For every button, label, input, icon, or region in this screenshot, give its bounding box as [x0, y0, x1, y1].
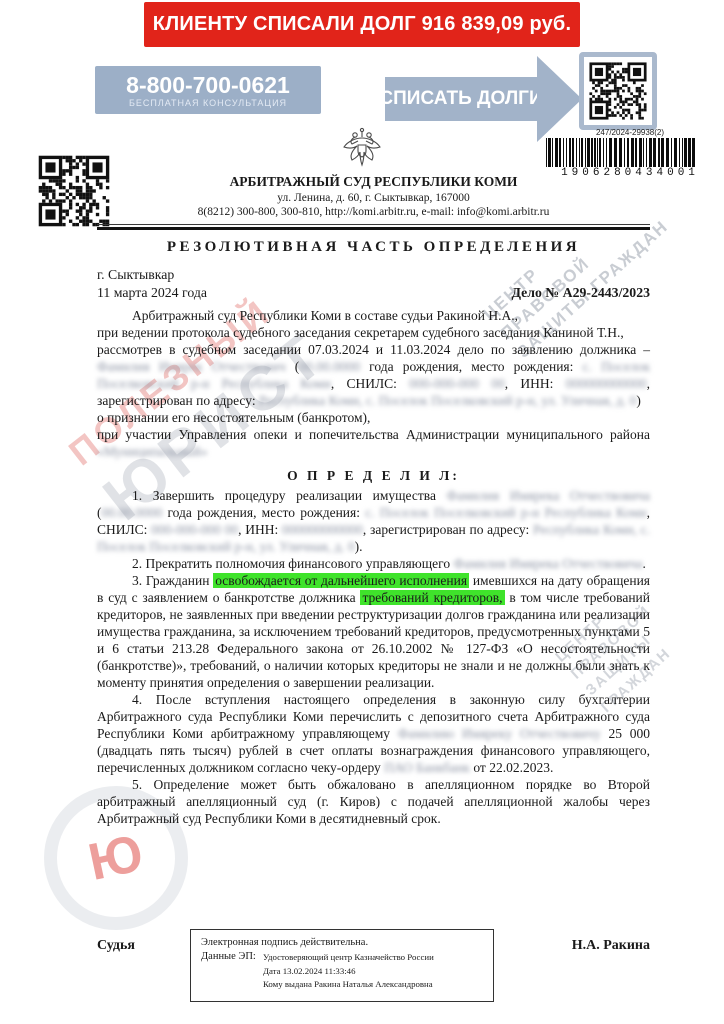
body-paragraph: при участии Управления опеки и попечител… [97, 426, 650, 460]
barcode-label: 247/2024-29938(2) [545, 128, 715, 137]
highlighted-text: освобождается от дальнейшего исполнения [213, 573, 469, 588]
body-paragraph: 4. После вступления настоящего определен… [97, 691, 650, 776]
text-segment: , зарегистрирован по адресу: [363, 522, 533, 537]
redacted-text: Фамилию Имяреку Отчествовичу [398, 726, 601, 741]
text-segment: при участии Управления опеки и попечител… [97, 427, 650, 442]
text-segment: , ИНН: [505, 376, 566, 391]
text-segment: , ИНН: [238, 522, 282, 537]
text-segment: года рождения, место рождения: [360, 359, 582, 374]
text-segment: 1. Завершить процедуру реализации имущес… [132, 488, 447, 503]
document-city: г. Сыктывкар [97, 267, 174, 283]
text-segment: при ведении протокола судебного заседани… [97, 325, 624, 340]
text-segment: 3. Гражданин [132, 573, 213, 588]
coat-of-arms-icon [338, 125, 386, 173]
text-segment: ( [97, 505, 102, 520]
letterhead-divider [97, 224, 650, 230]
qr-code-promo [579, 52, 657, 130]
redacted-text: 000-000-000 00 [151, 522, 238, 537]
redacted-text: 000-000-000 00 [409, 376, 505, 391]
text-segment: , СНИЛС: [331, 376, 409, 391]
cta-label: СПИСАТЬ ДОЛГИ [379, 88, 542, 110]
body-paragraph: 1. Завершить процедуру реализации имущес… [97, 487, 650, 555]
redacted-text: с. Поселок Поселковский р-н Республика К… [365, 505, 646, 520]
text-segment: 2. Прекратить полномочия финансового упр… [132, 556, 453, 571]
body-paragraph: рассмотрев в судебном заседании 07.03.20… [97, 341, 650, 409]
text-segment: от 22.02.2023. [470, 760, 553, 775]
text-segment: в том числе требований кредиторов, не за… [97, 590, 650, 690]
body-paragraph: при ведении протокола судебного заседани… [97, 324, 650, 341]
redacted-text: «Муниципальный» [97, 444, 208, 459]
esign-details: Удостоверяющий центр Казначейство России… [263, 951, 434, 992]
redacted-text: Фамилия Имярека Отчествовича [453, 556, 642, 571]
redacted-text: Фамилия Имярека Отчествовича [447, 488, 650, 503]
court-document-page: ЦЕНТР ПРАВОВОЙ ЗАЩИТЫ ГРАЖДАН ЦЕНТР ПРАВ… [0, 0, 724, 1024]
phone-button[interactable]: 8-800-700-0621 БЕСПЛАТНАЯ КОНСУЛЬТАЦИЯ [95, 66, 321, 114]
redacted-text: 00.00.0000 [299, 359, 360, 374]
court-contacts: 8(8212) 300-800, 300-810, http://komi.ar… [97, 206, 650, 218]
body-paragraph: Арбитражный суд Республики Коми в состав… [97, 307, 650, 324]
resolution-heading: О П Р Е Д Е Л И Л: [97, 467, 650, 484]
qr-code-document [32, 148, 116, 234]
body-paragraph: 2. Прекратить полномочия финансового упр… [97, 555, 650, 572]
body-paragraph: 5. Определение может быть обжаловано в а… [97, 776, 650, 827]
phone-number: 8-800-700-0621 [126, 73, 290, 97]
redacted-text: 000000000000 [566, 376, 647, 391]
redacted-text: Фамилия Имярек Отчествович [97, 359, 286, 374]
text-segment: о признании его несостоятельным (банкрот… [97, 410, 370, 425]
text-segment: рассмотрев в судебном заседании 07.03.20… [97, 342, 650, 357]
document-title: РЕЗОЛЮТИВНАЯ ЧАСТЬ ОПРЕДЕЛЕНИЯ [97, 239, 650, 256]
barcode [546, 138, 714, 167]
debt-written-off-banner: КЛИЕНТУ СПИСАЛИ ДОЛГ 916 839,09 руб. [144, 2, 580, 47]
redacted-text: 000000000000 [282, 522, 363, 537]
body-paragraph: о признании его несостоятельным (банкрот… [97, 409, 650, 426]
barcode-digits: 1906280434001 [546, 167, 714, 179]
banner-text: КЛИЕНТУ СПИСАЛИ ДОЛГ 916 839,09 руб. [153, 13, 571, 36]
judge-name: Н.А. Ракина [97, 938, 650, 954]
text-segment: года рождения, место рождения: [162, 505, 365, 520]
text-segment: ). [355, 539, 363, 554]
redacted-text: Республика Коми, с. Поселок Поселковский… [259, 393, 636, 408]
case-number: Дело № А29-2443/2023 [97, 285, 650, 301]
phone-subtitle: БЕСПЛАТНАЯ КОНСУЛЬТАЦИЯ [129, 98, 287, 108]
text-segment: . [642, 556, 645, 571]
text-segment: ( [286, 359, 300, 374]
redacted-text: 00.00.0000 [102, 505, 163, 520]
document-body: Арбитражный суд Республики Коми в состав… [97, 307, 650, 827]
esign-data-label: Данные ЭП: [201, 951, 263, 992]
court-address: ул. Ленина, д. 60, г. Сыктывкар, 167000 [97, 192, 650, 204]
redacted-text: ПАО Банкбанк [384, 760, 470, 775]
highlighted-text: требований кредиторов, [360, 590, 504, 605]
text-segment: О П Р Е Д Е Л И Л: [287, 468, 460, 483]
body-paragraph: 3. Гражданин освобождается от дальнейшег… [97, 572, 650, 691]
text-segment: Арбитражный суд Республики Коми в состав… [132, 308, 518, 323]
text-segment: ) [636, 393, 641, 408]
text-segment: 5. Определение может быть обжаловано в а… [97, 777, 650, 826]
